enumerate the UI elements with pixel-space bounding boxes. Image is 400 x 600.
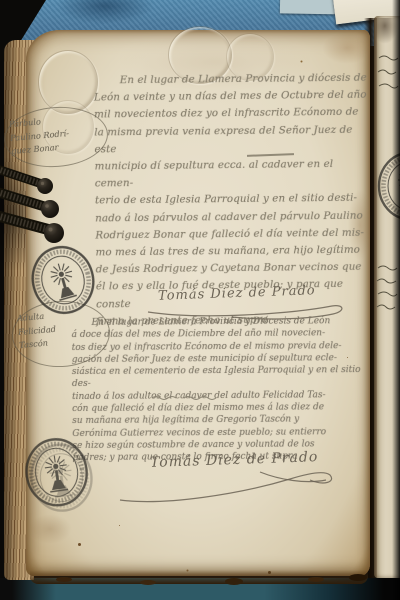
photo-right-edge-shadow <box>392 0 400 600</box>
margin-note-parvulo: Párbulo Paulino Rodrí- guez Bonar <box>8 110 103 158</box>
foxing-specks <box>78 543 81 546</box>
bottom-edge-dark-spots <box>56 577 72 582</box>
signature-flourish-2 <box>110 468 345 512</box>
page-bottom-burnt-edge <box>30 570 368 584</box>
burial-entry-december-text: En el lugar de Llamera Provincia y Dióce… <box>71 315 374 465</box>
binding-bolts <box>0 158 80 258</box>
bolt-3 <box>0 215 64 243</box>
interlinear-correction <box>150 392 240 402</box>
parish-ink-stamp-2 <box>17 429 102 521</box>
photo-canvas: En el lugar de Llamera Provincia y dióce… <box>0 0 400 600</box>
